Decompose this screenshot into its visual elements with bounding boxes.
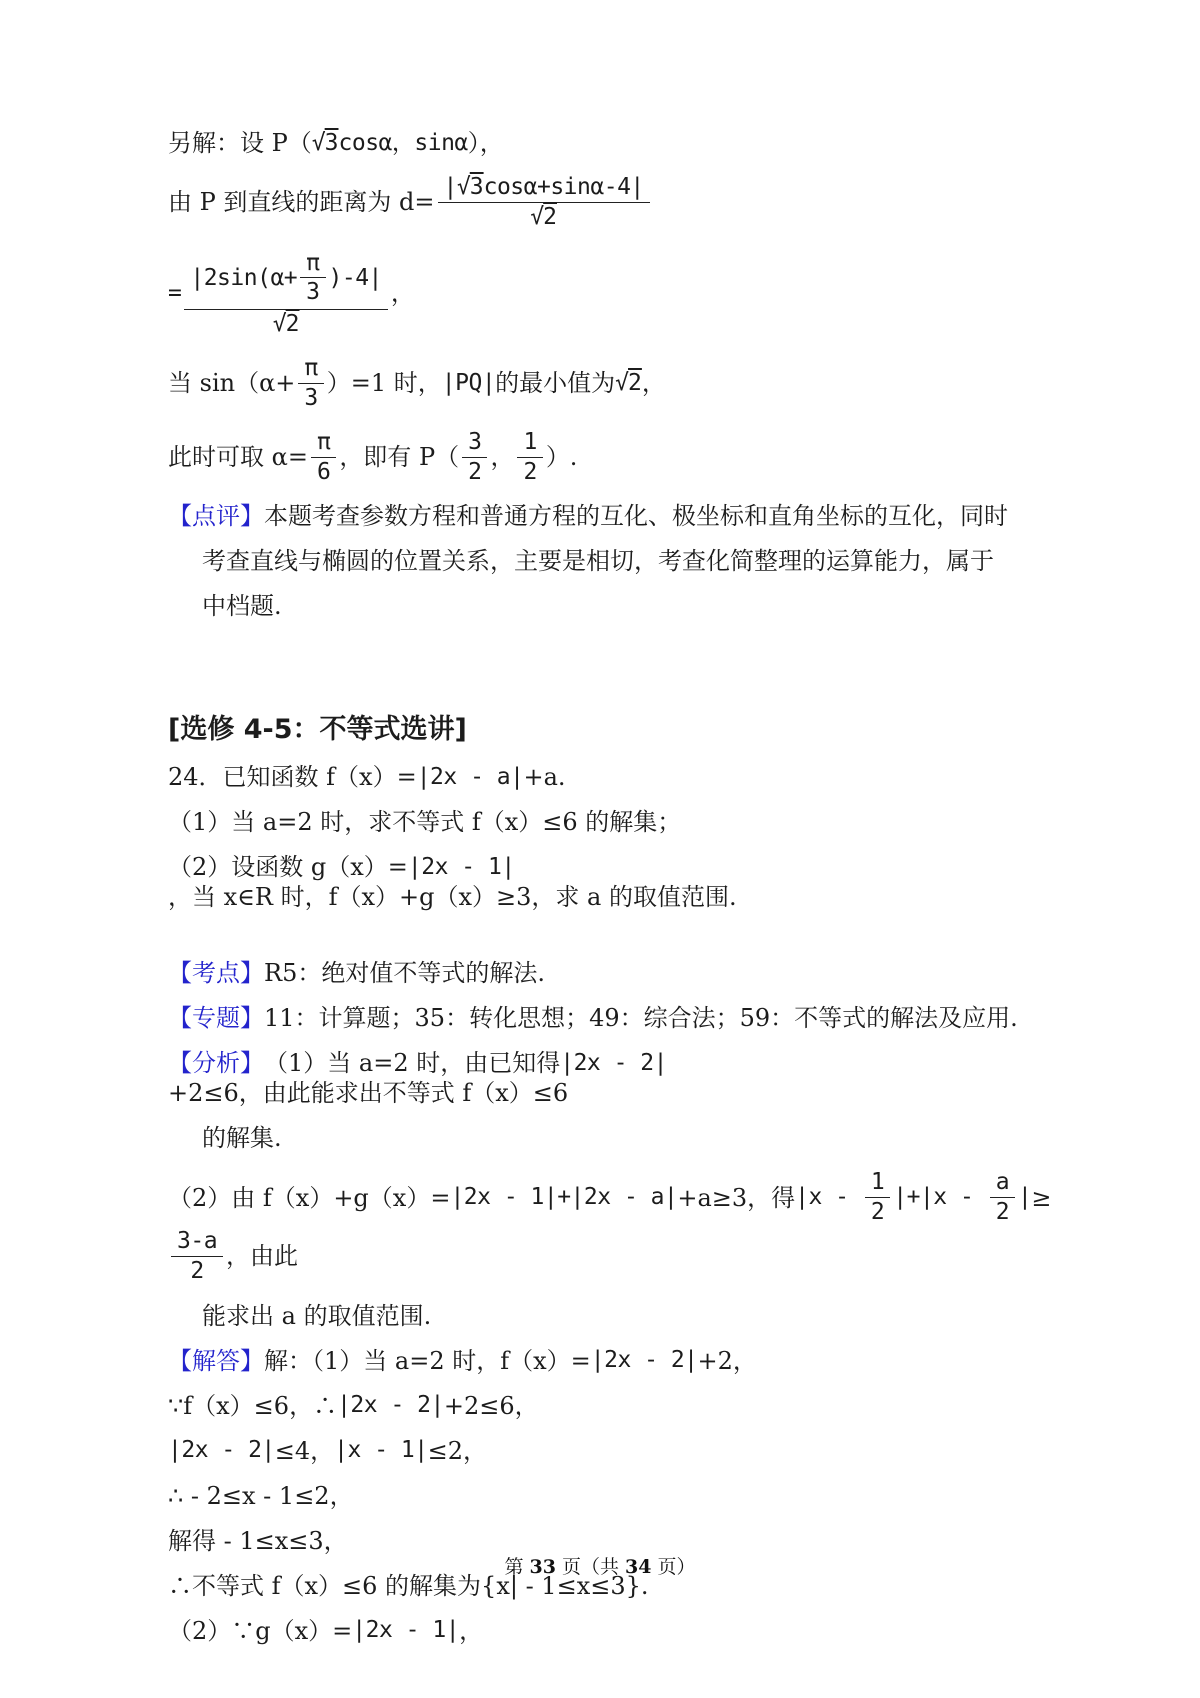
math-run: | — [1018, 1183, 1031, 1212]
text-line: 【专题】11：计算题；35：转化思想；49：综合法；59：不等式的解法及应用. — [168, 1003, 1055, 1033]
math-run: |2sin(α+ — [190, 266, 297, 291]
label-text: 【考点】 — [168, 958, 264, 988]
text-run: 能求出 a 的取值范围. — [202, 1301, 431, 1331]
label-text: 【专题】 — [168, 1003, 264, 1033]
text-run: ≥ — [1031, 1183, 1051, 1213]
text-line: ∵f（x）≤6，∴|2x - 2|+2≤6， — [168, 1391, 1055, 1421]
math-run: 3-a — [177, 1229, 217, 1254]
text-line: （2）由 f（x）+g（x）=|2x - 1|+|2x - a|+a≥3，得|x… — [168, 1168, 1055, 1285]
sqrt-radical: √2 — [273, 312, 300, 337]
text-line: |2x - 2|≤4，|x - 1|≤2， — [168, 1436, 1055, 1466]
math-run: a — [996, 1170, 1009, 1195]
fraction-denominator: 3 — [306, 278, 319, 305]
bold-text: 33 — [530, 1556, 556, 1578]
text-run: R5：绝对值不等式的解法. — [264, 958, 545, 988]
math-run: = — [168, 279, 181, 308]
math-run: 2 — [190, 1259, 203, 1284]
sqrt-radical: √2 — [530, 205, 557, 230]
radical-sign-icon: √ — [530, 205, 544, 230]
text-run: （1）当 a=2 时，由已知得 — [264, 1048, 560, 1078]
fraction: π3 — [300, 251, 325, 306]
section-header: [选修 4-5：不等式选讲] — [168, 713, 1055, 747]
math-run: 2 — [523, 460, 536, 485]
fraction: a2 — [990, 1170, 1015, 1225]
text-run: 第 — [504, 1556, 529, 1578]
bold-text: [选修 4-5：不等式选讲] — [168, 713, 467, 747]
text-run: 本题考查参数方程和普通方程的互化、极坐标和直角坐标的互化，同时 — [264, 501, 1008, 531]
math-run: 6 — [317, 460, 330, 485]
math-run: |2x - 2| — [591, 1346, 698, 1375]
sqrt-radical: √3 — [312, 129, 339, 158]
math-run: 3 — [304, 386, 317, 411]
document-page: 另解：设 P（√3cosα，sinα），由 P 到直线的距离为 d=|√3cos… — [0, 0, 1200, 1698]
fraction: π3 — [298, 356, 323, 411]
fraction: |2sin(α+π3)-4|√2 — [184, 249, 388, 337]
fraction-numerator: π — [298, 356, 323, 384]
fraction: π6 — [311, 430, 336, 485]
math-run: |2x - 1| — [352, 1616, 459, 1645]
fraction-denominator: 2 — [468, 458, 481, 485]
text-run: +2， — [698, 1346, 757, 1376]
math-run: |2x - 1| — [408, 853, 515, 882]
radical-sign-icon: √ — [457, 175, 471, 200]
text-run: ，当 x∈R 时，f（x）+g（x）≥3，求 a 的取值范围. — [168, 882, 737, 912]
fraction-denominator: 3 — [304, 384, 317, 411]
text-line: 当 sin（α+π3）=1 时，|PQ|的最小值为√2， — [168, 354, 1055, 413]
text-run: 考查直线与椭圆的位置关系，主要是相切，考查化简整理的运算能力，属于 — [202, 546, 994, 576]
text-run: ）， — [468, 128, 504, 158]
fraction-denominator: 2 — [996, 1198, 1009, 1225]
label-text: 【分析】 — [168, 1048, 264, 1078]
text-run: +2≤6，由此能求出不等式 f（x）≤6 — [168, 1078, 568, 1108]
bold-text: 34 — [625, 1556, 651, 1578]
math-run: π — [317, 430, 330, 455]
text-line: 中档题. — [168, 591, 1055, 621]
radicand: 2 — [543, 205, 557, 230]
text-run: （1）当 a=2 时，求不等式 f（x）≤6 的解集； — [168, 807, 681, 837]
fraction-denominator: √2 — [530, 203, 557, 230]
text-line: =|2sin(α+π3)-4|√2， — [168, 247, 1055, 339]
math-run: cosα+sinα-4| — [484, 175, 644, 200]
fraction-numerator: |√3cosα+sinα-4| — [438, 175, 650, 203]
text-run: ， — [490, 442, 514, 472]
text-run: （2）∵g（x）= — [168, 1616, 352, 1646]
radical-sign-icon: √ — [615, 369, 629, 398]
text-line: 【考点】R5：绝对值不等式的解法. — [168, 958, 1055, 988]
math-run: )-4| — [329, 266, 382, 291]
text-run: 的解集. — [202, 1123, 282, 1153]
math-run: π — [304, 356, 317, 381]
text-line: （2）∵g（x）=|2x - 1|， — [168, 1616, 1055, 1646]
label-text: 【点评】 — [168, 501, 264, 531]
fraction-numerator: |2sin(α+π3)-4| — [184, 249, 388, 311]
fraction-numerator: 1 — [865, 1170, 890, 1198]
text-line: 由 P 到直线的距离为 d=|√3cosα+sinα-4|√2 — [168, 173, 1055, 232]
text-run: +a. — [523, 762, 565, 792]
fraction-denominator: 2 — [871, 1198, 884, 1225]
page-footer: 第 33 页（共 34 页） — [0, 1552, 1200, 1579]
math-run: |2x - 2| — [337, 1391, 444, 1420]
math-run: 1 — [523, 430, 536, 455]
text-line: 【解答】解：（1）当 a=2 时，f（x）=|2x - 2|+2， — [168, 1346, 1055, 1376]
fraction-numerator: 3-a — [171, 1229, 223, 1257]
text-run: 24．已知函数 f（x）= — [168, 762, 417, 792]
radicand: 2 — [628, 369, 642, 398]
text-line: 的解集. — [168, 1123, 1055, 1153]
text-run: +a≥3，得 — [677, 1183, 795, 1213]
math-run: |x - 1| — [334, 1436, 427, 1465]
text-line: 【点评】本题考查参数方程和普通方程的互化、极坐标和直角坐标的互化，同时 — [168, 501, 1055, 531]
text-run: 此时可取 α= — [168, 442, 308, 472]
text-run: ， — [642, 368, 666, 398]
text-line: 此时可取 α=π6，即有 P（32，12）. — [168, 428, 1055, 487]
math-run: 2 — [468, 460, 481, 485]
math-run: |2x - 1|+|2x - a| — [450, 1183, 677, 1212]
text-run: ， — [459, 1616, 483, 1646]
text-run: 解：（1）当 a=2 时，f（x）= — [264, 1346, 591, 1376]
math-run: π — [306, 251, 319, 276]
text-line: 考查直线与椭圆的位置关系，主要是相切，考查化简整理的运算能力，属于 — [168, 546, 1055, 576]
radicand: 3 — [470, 175, 484, 200]
fraction-denominator: 2 — [523, 458, 536, 485]
text-run: ∵f（x）≤6，∴ — [168, 1391, 337, 1421]
text-line: 能求出 a 的取值范围. — [168, 1301, 1055, 1331]
text-line: 【分析】（1）当 a=2 时，由已知得|2x - 2|+2≤6，由此能求出不等式… — [168, 1048, 1055, 1108]
text-run: 中档题. — [202, 591, 282, 621]
document-body: 另解：设 P（√3cosα，sinα），由 P 到直线的距离为 d=|√3cos… — [168, 128, 1055, 1646]
text-run: ∴ - 2≤x - 1≤2， — [168, 1481, 354, 1511]
text-run: ≤2， — [428, 1436, 487, 1466]
math-run: | — [444, 175, 457, 200]
math-run: |PQ| — [442, 369, 495, 398]
radicand: 2 — [286, 312, 300, 337]
text-run: ）=1 时， — [327, 368, 442, 398]
text-run: （2）由 f（x）+g（x）= — [168, 1183, 450, 1213]
sqrt-radical: √3 — [457, 175, 484, 200]
text-run: 页（共 — [556, 1556, 625, 1578]
fraction-denominator: 6 — [317, 458, 330, 485]
math-run: |2x - 2| — [168, 1436, 275, 1465]
fraction-numerator: 3 — [462, 430, 487, 458]
math-run: 3 — [306, 280, 319, 305]
radical-sign-icon: √ — [312, 129, 326, 158]
fraction: 12 — [517, 430, 542, 485]
math-run: 2 — [871, 1200, 884, 1225]
text-run: ）. — [546, 442, 578, 472]
math-run: 1 — [871, 1170, 884, 1195]
text-run: ，由此 — [226, 1241, 298, 1271]
fraction: 12 — [865, 1170, 890, 1225]
text-run: ， — [391, 278, 415, 308]
text-run: +2≤6， — [444, 1391, 539, 1421]
fraction: 3-a2 — [171, 1229, 223, 1284]
text-run: 当 sin（α+ — [168, 368, 295, 398]
text-line: 24．已知函数 f（x）=|2x - a|+a. — [168, 762, 1055, 792]
fraction-denominator: √2 — [273, 310, 300, 337]
text-run: ≤4， — [275, 1436, 334, 1466]
math-run: |2x - 2| — [560, 1049, 667, 1078]
text-line: （2）设函数 g（x）=|2x - 1|，当 x∈R 时，f（x）+g（x）≥3… — [168, 852, 1055, 912]
text-run: 另解：设 P（ — [168, 128, 312, 158]
math-run: |+|x - — [893, 1183, 986, 1212]
fraction: |√3cosα+sinα-4|√2 — [438, 175, 650, 230]
label-text: 【解答】 — [168, 1346, 264, 1376]
text-run: 页） — [652, 1556, 696, 1578]
text-run: ，即有 P（ — [339, 442, 459, 472]
math-run: 3 — [468, 430, 481, 455]
math-run: |2x - a| — [417, 763, 524, 792]
fraction-denominator: 2 — [190, 1257, 203, 1284]
text-line: 另解：设 P（√3cosα，sinα）， — [168, 128, 1055, 158]
fraction-numerator: 1 — [517, 430, 542, 458]
text-line: （1）当 a=2 时，求不等式 f（x）≤6 的解集； — [168, 807, 1055, 837]
text-run: 11：计算题；35：转化思想；49：综合法；59：不等式的解法及应用. — [264, 1003, 1018, 1033]
radical-sign-icon: √ — [273, 312, 287, 337]
fraction: 32 — [462, 430, 487, 485]
radicand: 3 — [325, 129, 339, 158]
math-run: 2 — [996, 1200, 1009, 1225]
fraction-numerator: a — [990, 1170, 1015, 1198]
text-run: 由 P 到直线的距离为 d= — [168, 187, 435, 217]
sqrt-radical: √2 — [615, 369, 642, 398]
math-run: cosα，sinα — [339, 129, 468, 158]
fraction-numerator: π — [300, 251, 325, 279]
text-run: 的最小值为 — [495, 368, 615, 398]
text-line: ∴ - 2≤x - 1≤2， — [168, 1481, 1055, 1511]
math-run: |x - — [795, 1183, 862, 1212]
fraction-numerator: π — [311, 430, 336, 458]
text-run: （2）设函数 g（x）= — [168, 852, 408, 882]
